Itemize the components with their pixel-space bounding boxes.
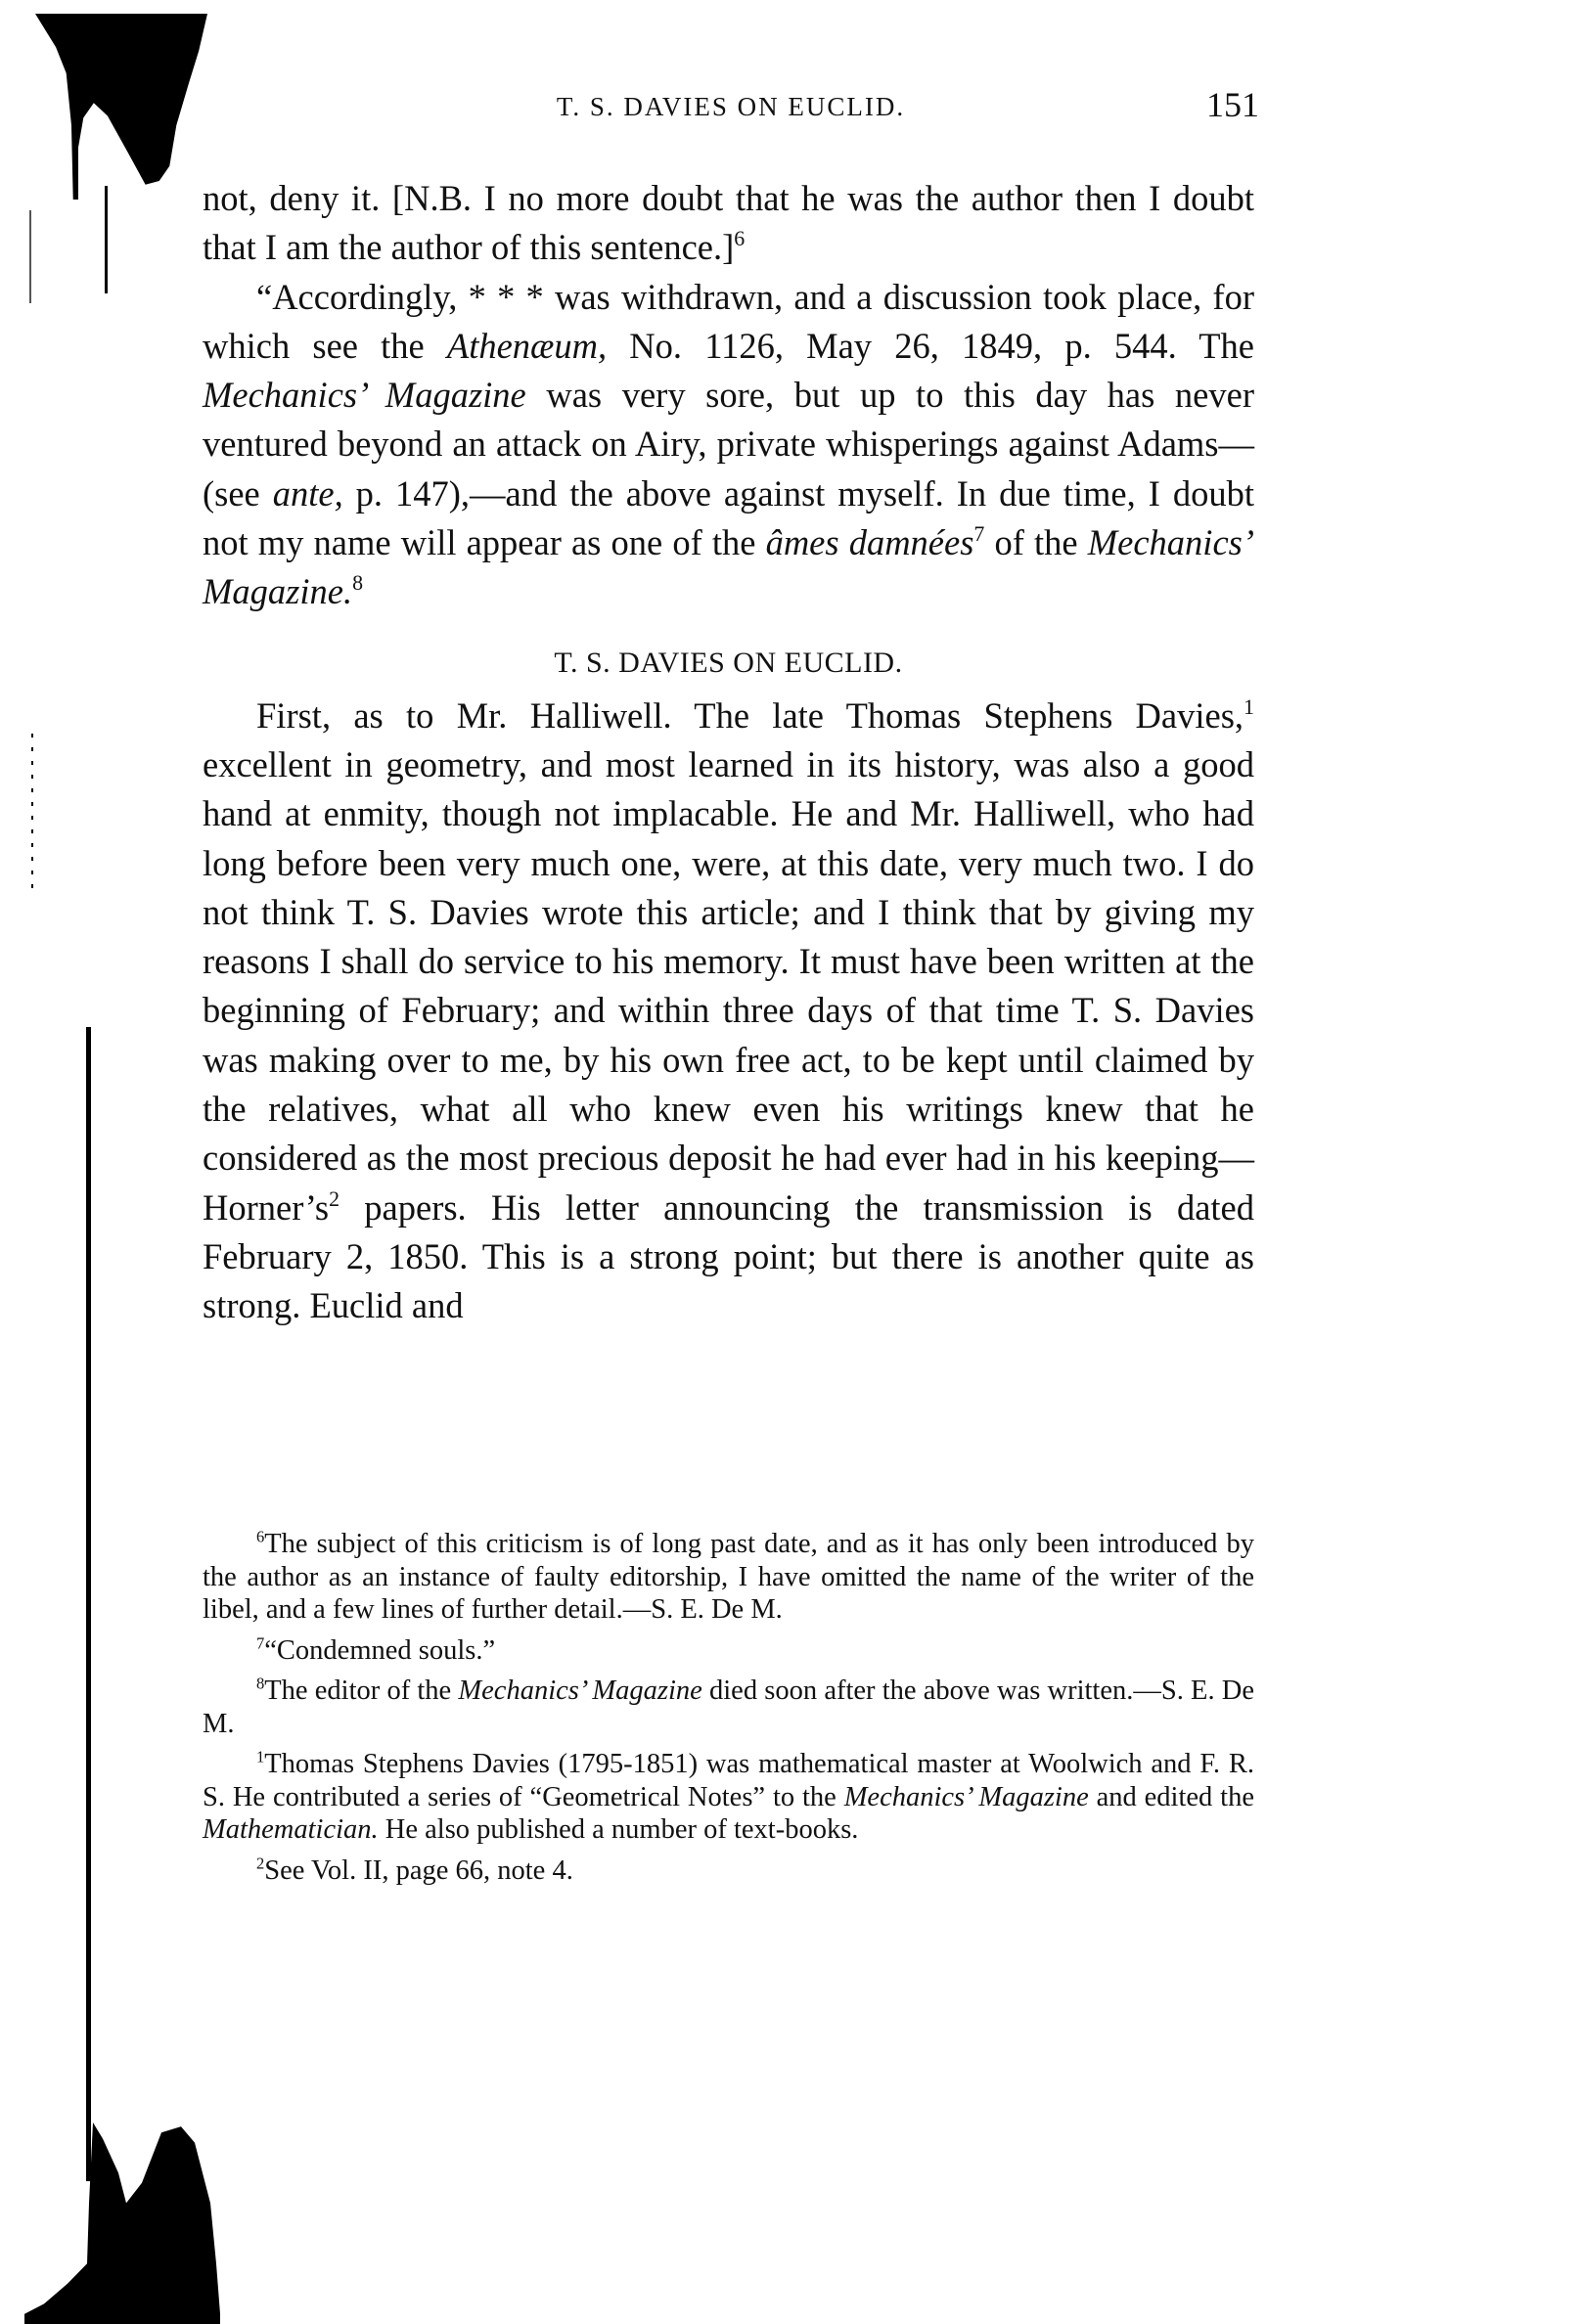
running-head: T. S. DAVIES ON EUCLID. 151 [203, 84, 1259, 133]
running-title: T. S. DAVIES ON EUCLID. [203, 92, 1259, 122]
footnote-ref: 1 [1244, 693, 1254, 718]
footnote-2: 2See Vol. II, page 66, note 4. [203, 1855, 1254, 1888]
scan-artifact-dotted-line [31, 734, 33, 890]
footnote-text: The subject of this criticism is of long… [203, 1529, 1254, 1625]
italic-title: Mathematician. [203, 1814, 379, 1845]
text: First, as to Mr. Halliwell. The late Tho… [256, 695, 1244, 736]
footnote-ref: 2 [329, 1185, 339, 1210]
scan-artifact-bottom [24, 2123, 220, 2324]
text: excellent in geometry, and most learned … [203, 744, 1254, 1228]
italic-text: ante, [273, 473, 343, 514]
footnote-text: The editor of the [264, 1676, 458, 1706]
scan-artifact-margin-mark [29, 210, 31, 303]
italic-title: Athenæum, [447, 326, 607, 366]
italic-title: Mechanics’ Magazine [844, 1782, 1089, 1812]
footnote-7: 7“Condemned souls.” [203, 1634, 1254, 1668]
text: papers. His letter announcing the transm… [203, 1187, 1254, 1326]
italic-title: Mechanics’ Magazine [203, 375, 526, 415]
footnote-ref: 6 [734, 226, 745, 250]
body-text: not, deny it. [N.B. I no more doubt that… [203, 174, 1254, 1331]
paragraph-2: “Accordingly, * * * was withdrawn, and a… [203, 273, 1254, 617]
footnote-ref: 8 [352, 570, 363, 595]
paragraph-3: First, as to Mr. Halliwell. The late Tho… [203, 692, 1254, 1331]
text: of the [984, 522, 1087, 562]
paragraph-1: not, deny it. [N.B. I no more doubt that… [203, 174, 1254, 273]
footnote-text: and edited the [1089, 1782, 1254, 1812]
footnote-6: 6The subject of this criticism is of lon… [203, 1528, 1254, 1627]
italic-title: Mechanics’ Magazine [458, 1676, 701, 1706]
section-title: T. S. DAVIES ON EUCLID. [203, 647, 1254, 680]
footnote-1: 1Thomas Stephens Davies (1795-1851) was … [203, 1748, 1254, 1847]
footnotes: 6The subject of this criticism is of lon… [203, 1528, 1254, 1895]
scan-artifact-line [105, 186, 108, 293]
footnote-text: See Vol. II, page 66, note 4. [264, 1855, 573, 1886]
footnote-text: He also published a number of text-books… [379, 1814, 859, 1845]
footnote-text: “Condemned souls.” [264, 1635, 495, 1666]
footnote-ref: 7 [973, 521, 984, 546]
scan-artifact-top [35, 14, 207, 200]
text: not, deny it. [N.B. I no more doubt that… [203, 178, 1254, 267]
page-number: 151 [1206, 84, 1259, 125]
italic-phrase: âmes damnées [766, 522, 974, 562]
footnote-8: 8The editor of the Mechanics’ Magazine d… [203, 1675, 1254, 1740]
scan-artifact-binding-edge [86, 1027, 91, 2181]
text: No. 1126, May 26, 1849, p. 544. The [607, 326, 1254, 366]
